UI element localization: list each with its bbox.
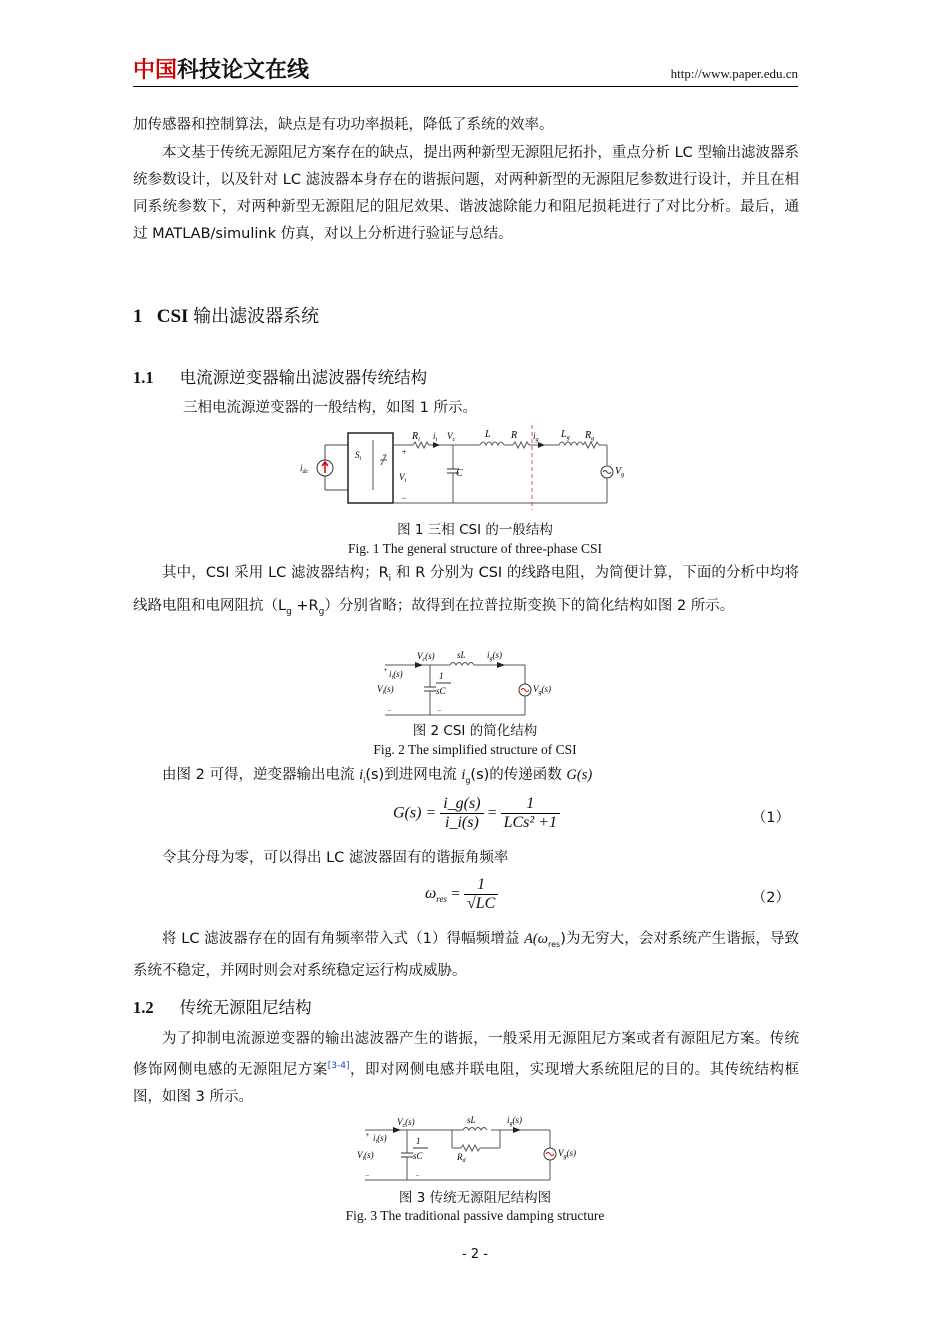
svg-text:Lg: Lg bbox=[560, 429, 570, 441]
svg-text:+: + bbox=[365, 1131, 370, 1139]
paragraph-fig2-intro: 其中，CSI 采用 LC 滤波器结构；Ri 和 R 分别为 CSI 的线路电阻，… bbox=[133, 560, 799, 626]
svg-text:sL: sL bbox=[467, 1115, 476, 1125]
svg-text:−: − bbox=[415, 1172, 420, 1180]
journal-logo: 中国科技论文在线 bbox=[133, 58, 309, 84]
svg-text:Ri: Ri bbox=[411, 431, 420, 443]
section-heading-1: 1 CSI 输出滤波器系统 bbox=[133, 302, 319, 328]
svg-text:+: + bbox=[383, 666, 388, 674]
svg-text:Vi(s): Vi(s) bbox=[377, 684, 394, 696]
svg-text:Vg: Vg bbox=[615, 466, 624, 478]
figure-2-caption-cn: 图 2 CSI 的简化结构 bbox=[0, 719, 950, 739]
svg-text:Rd: Rd bbox=[456, 1152, 467, 1164]
svg-text:idc: idc bbox=[300, 463, 309, 475]
svg-text:−: − bbox=[437, 707, 442, 715]
figure-3-circuit: + ii(s) Vi(s) Vc(s) sL Rd ig(s) Vg(s) − … bbox=[355, 1115, 585, 1185]
svg-text:sL: sL bbox=[457, 650, 466, 660]
svg-text:+: + bbox=[401, 447, 407, 457]
svg-text:ii(s): ii(s) bbox=[373, 1133, 387, 1145]
paragraph-intro: 本文基于传统无源阻尼方案存在的缺点，提出两种新型无源阻尼拓扑，重点分析 LC 型… bbox=[133, 140, 799, 248]
svg-text:Vc: Vc bbox=[447, 431, 456, 443]
svg-text:Vi: Vi bbox=[399, 472, 407, 484]
section-heading-1-2: 1.2传统无源阻尼结构 bbox=[133, 994, 312, 1018]
citation-link[interactable]: [3-4] bbox=[328, 1061, 350, 1071]
paragraph-continuation: 加传感器和控制算法，缺点是有功功率损耗，降低了系统的效率。 bbox=[133, 112, 799, 139]
equation-1-number: （1） bbox=[752, 806, 790, 827]
svg-text:sC: sC bbox=[413, 1151, 424, 1161]
paragraph-transfer-function: 由图 2 可得，逆变器输出电流 ii(s)到进网电流 ig(s)的传递函数 G(… bbox=[133, 762, 799, 794]
svg-text:1: 1 bbox=[416, 1136, 421, 1146]
svg-text:ii: ii bbox=[433, 431, 438, 443]
svg-text:ig(s): ig(s) bbox=[487, 650, 502, 662]
figure-3-caption-cn: 图 3 传统无源阻尼结构图 bbox=[0, 1186, 950, 1206]
figure-1-caption-cn: 图 1 三相 CSI 的一般结构 bbox=[0, 518, 950, 538]
equation-1: G(s) = i_g(s)i_i(s) = 1LCs² +1 bbox=[393, 795, 560, 832]
figure-1-caption-en: Fig. 1 The general structure of three-ph… bbox=[0, 541, 950, 557]
paragraph-instability: 将 LC 滤波器存在的固有角频率带入式（1）得幅频增益 A(ωres)为无穷大，… bbox=[133, 926, 799, 985]
svg-text:−: − bbox=[387, 707, 392, 715]
svg-text:Vc(s): Vc(s) bbox=[397, 1117, 415, 1129]
paragraph-resonance: 令其分母为零，可以得出 LC 滤波器固有的谐振角频率 bbox=[133, 845, 799, 872]
page-header: 中国科技论文在线 http://www.paper.edu.cn bbox=[133, 58, 798, 87]
figure-3-caption-en: Fig. 3 The traditional passive damping s… bbox=[0, 1208, 950, 1224]
svg-text:1: 1 bbox=[439, 671, 444, 681]
page-number: - 2 - bbox=[0, 1247, 950, 1262]
svg-text:Vg(s): Vg(s) bbox=[558, 1148, 576, 1160]
svg-text:C: C bbox=[456, 468, 463, 479]
svg-text:ii(s): ii(s) bbox=[389, 669, 403, 681]
equation-2: ωres = 1√LC bbox=[425, 876, 498, 913]
figure-2-caption-en: Fig. 2 The simplified structure of CSI bbox=[0, 742, 950, 758]
svg-text:sC: sC bbox=[436, 686, 447, 696]
figure-1-circuit: idc Si + Vi − Ri ii Vc L R ig Lg Rg Vg C bbox=[295, 425, 645, 510]
svg-text:Vc(s): Vc(s) bbox=[417, 651, 435, 663]
paragraph-fig1-intro: 三相电流源逆变器的一般结构，如图 1 所示。 bbox=[183, 395, 783, 422]
svg-text:ig: ig bbox=[533, 431, 539, 443]
paragraph-passive-damping: 为了抑制电流源逆变器的输出滤波器产生的谐振，一般采用无源阻尼方案或者有源阻尼方案… bbox=[133, 1026, 799, 1111]
svg-text:Vg(s): Vg(s) bbox=[533, 684, 551, 696]
svg-text:L: L bbox=[484, 429, 491, 440]
svg-text:ig(s): ig(s) bbox=[507, 1115, 522, 1127]
svg-text:−: − bbox=[365, 1172, 370, 1180]
svg-text:R: R bbox=[510, 430, 517, 441]
section-heading-1-1: 1.1电流源逆变器输出滤波器传统结构 bbox=[133, 364, 427, 388]
figure-2-circuit: + ii(s) Vi(s) Vc(s) sL ig(s) Vg(s) − 1 s… bbox=[375, 647, 575, 717]
equation-2-number: （2） bbox=[752, 886, 790, 907]
site-url[interactable]: http://www.paper.edu.cn bbox=[671, 66, 798, 82]
svg-text:Rg: Rg bbox=[584, 430, 594, 442]
svg-text:Vi(s): Vi(s) bbox=[357, 1150, 374, 1162]
svg-text:−: − bbox=[401, 493, 407, 503]
